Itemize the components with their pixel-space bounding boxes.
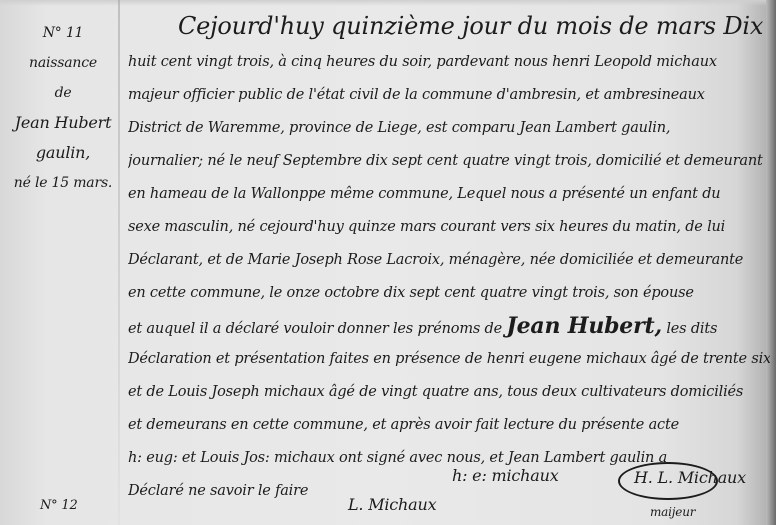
next-entry-number: N° 12 — [40, 498, 78, 513]
body-line-9: et auquel il a déclaré vouloir donner le… — [128, 310, 770, 343]
body-line-8: en cette commune, le onze octobre dix se… — [128, 277, 770, 310]
body-line-9-tail: les dits — [666, 321, 717, 337]
margin-annotation: N° 11 naissance de Jean Hubert gaulin, n… — [8, 18, 118, 198]
margin-line-de: de — [8, 78, 118, 108]
page-top-edge — [0, 0, 776, 6]
body-line-7: Déclarant, et de Marie Joseph Rose Lacro… — [128, 244, 770, 277]
body-line-12: et demeurans en cette commune, et après … — [128, 409, 770, 442]
margin-fold-line — [118, 0, 120, 525]
body-line-11: et de Louis Joseph michaux âgé de vingt … — [128, 376, 770, 409]
record-body: huit cent vingt trois, à cinq heures du … — [128, 46, 770, 508]
body-line-2: majeur officier public de l'état civil d… — [128, 79, 770, 112]
body-line-9-text: et auquel il a déclaré vouloir donner le… — [128, 321, 502, 337]
margin-line-birth-date: né le 15 mars. — [8, 168, 118, 198]
child-name: Jean Hubert, — [506, 313, 662, 339]
body-line-5: en hameau de la Wallonppe même commune, … — [128, 178, 770, 211]
body-line-10: Déclaration et présentation faites en pr… — [128, 343, 770, 376]
margin-line-child-name: Jean Hubert — [8, 108, 118, 138]
signature-henri-eugene-michaux: h: e: michaux — [452, 466, 559, 485]
body-line-6: sexe masculin, né cejourd'huy quinze mar… — [128, 211, 770, 244]
scanned-register-page: N° 11 naissance de Jean Hubert gaulin, n… — [0, 0, 776, 525]
body-line-3: District de Waremme, province de Liege, … — [128, 112, 770, 145]
officer-title: maijeur — [650, 505, 695, 519]
body-line-4: journalier; né le neuf Septembre dix sep… — [128, 145, 770, 178]
signature-officer: H. L. Michaux — [634, 468, 746, 487]
signature-louis-michaux: L. Michaux — [348, 495, 436, 514]
body-line-1: huit cent vingt trois, à cinq heures du … — [128, 46, 770, 79]
margin-line-naissance: naissance — [8, 48, 118, 78]
margin-line-surname: gaulin, — [8, 138, 118, 168]
entry-number: N° 11 — [8, 18, 118, 48]
record-heading: Cejourd'huy quinzième jour du mois de ma… — [178, 12, 763, 40]
